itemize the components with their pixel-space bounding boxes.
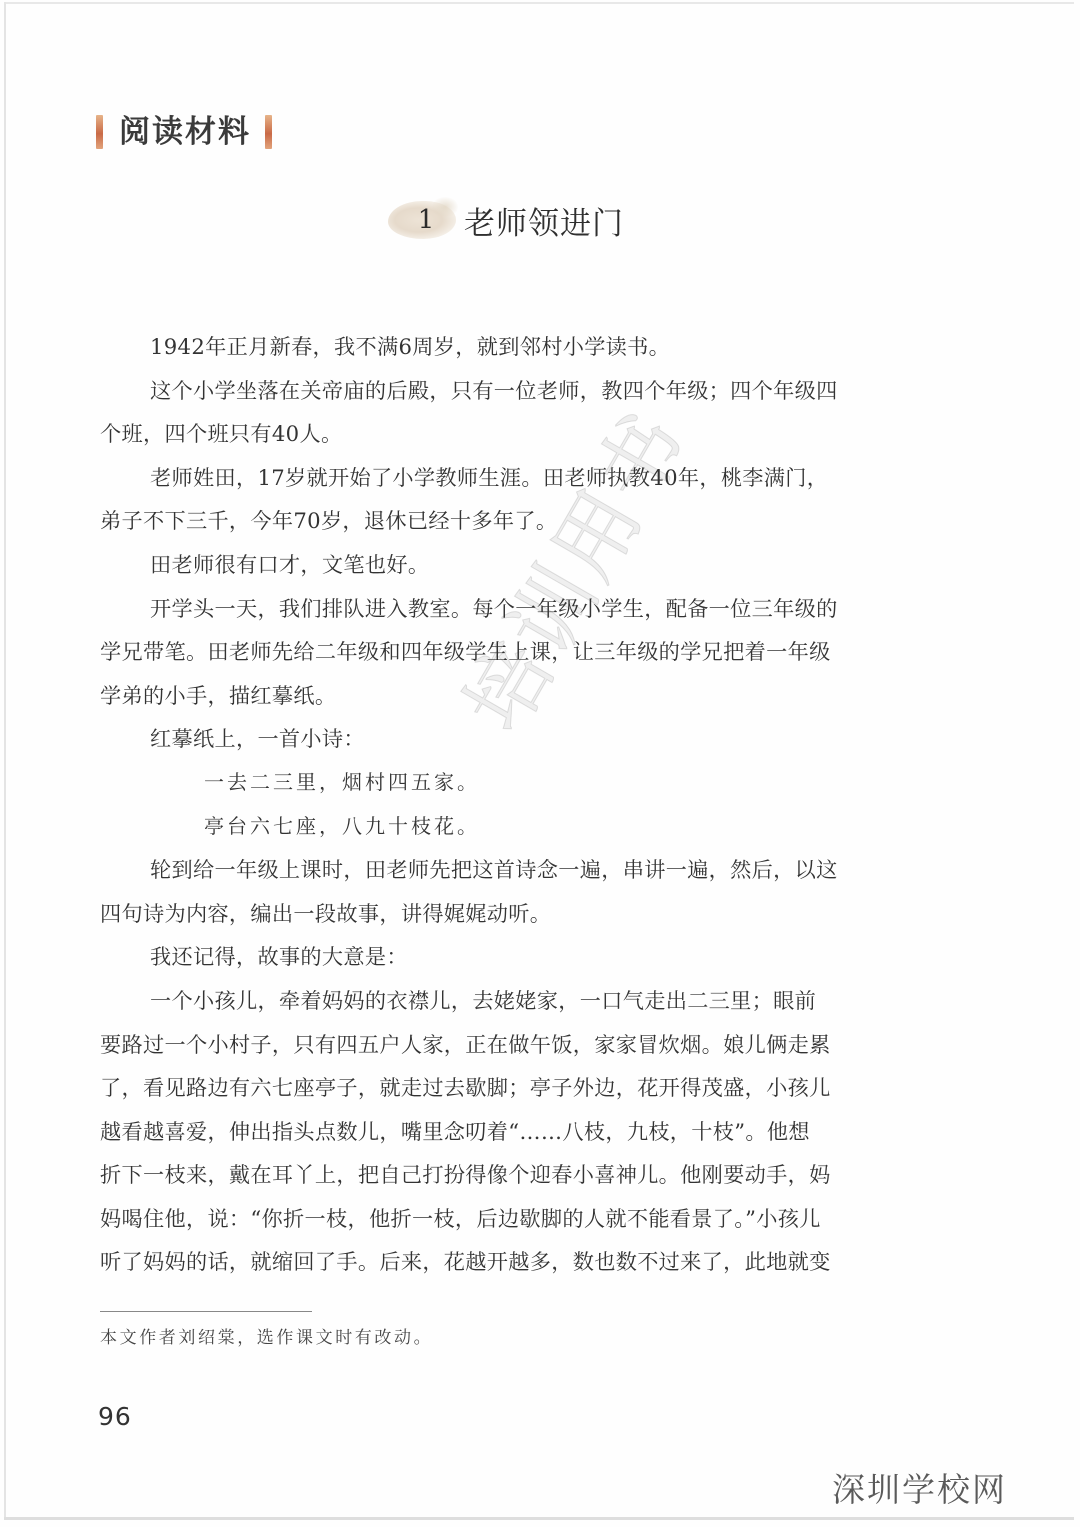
- paragraph-line: 一个小孩儿，牵着妈妈的衣襟儿，去姥姥家，一口气走出二三里；眼前: [100, 979, 950, 1023]
- paragraph-line: 妈喝住他，说：“你折一枝，他折一枝，后边歇脚的人就不能看景了。”小孩儿: [100, 1197, 950, 1241]
- paragraph-line: 四句诗为内容，编出一段故事，讲得娓娓动听。: [100, 892, 950, 936]
- paragraph-line: 这个小学坐落在关帝庙的后殿，只有一位老师，教四个年级；四个年级四: [100, 369, 950, 413]
- section-header: 阅读材料: [96, 112, 272, 152]
- paragraph-line: 开学头一天，我们排队进入教室。每个一年级小学生，配备一位三年级的: [100, 587, 950, 631]
- paragraph-line: 田老师很有口才，文笔也好。: [100, 543, 950, 587]
- paragraph-line: 要路过一个小村子，只有四五户人家，正在做午饭，家家冒炊烟。娘儿俩走累: [100, 1023, 950, 1067]
- paragraph-line: 红摹纸上，一首小诗：: [100, 717, 950, 761]
- site-watermark: 深圳学校网: [832, 1464, 1007, 1511]
- poem-line: 一去二三里，烟村四五家。: [100, 761, 950, 805]
- lesson-name: 老师领进门: [464, 198, 624, 243]
- section-title: 阅读材料: [119, 112, 251, 152]
- paragraph-line: 弟子不下三千，今年70岁，退休已经十多年了。: [100, 499, 950, 543]
- page-edge-top: [4, 2, 1074, 4]
- paragraph-line: 轮到给一年级上课时，田老师先把这首诗念一遍，串讲一遍，然后，以这: [100, 848, 950, 892]
- paragraph-line: 老师姓田，17岁就开始了小学教师生涯。田老师执教40年，桃李满门，: [100, 456, 950, 500]
- header-bar-right-icon: [265, 115, 272, 149]
- page-edge-bottom: [4, 1517, 1074, 1520]
- poem-line: 亭台六七座，八九十枝花。: [100, 805, 950, 849]
- page-edge-left: [4, 2, 6, 1517]
- paragraph-line: 学兄带笔。田老师先给二年级和四年级学生上课，让三年级的学兄把着一年级: [100, 630, 950, 674]
- paragraph-line: 越看越喜爱，伸出指头点数儿，嘴里念叨着“……八枝，九枝，十枝”。他想: [100, 1110, 950, 1154]
- paragraph-line: 听了妈妈的话，就缩回了手。后来，花越开越多，数也数不过来了，此地就变: [100, 1240, 950, 1284]
- paragraph-line: 我还记得，故事的大意是：: [100, 935, 950, 979]
- paragraph-line: 折下一枝来，戴在耳丫上，把自己打扮得像个迎春小喜神儿。他刚要动手，妈: [100, 1153, 950, 1197]
- cloud-ornament-small-icon: [432, 197, 458, 217]
- textbook-page: 阅读材料 1 老师领进门 培训用书 1942年正月新春，我不满6周岁，就到邻村小…: [0, 0, 1080, 1527]
- body-text: 1942年正月新春，我不满6周岁，就到邻村小学读书。 这个小学坐落在关帝庙的后殿…: [100, 325, 950, 1284]
- header-bar-left-icon: [96, 115, 103, 149]
- paragraph-line: 个班，四个班只有40人。: [100, 412, 950, 456]
- paragraph-line: 了，看见路边有六七座亭子，就走过去歇脚；亭子外边，花开得茂盛，小孩儿: [100, 1066, 950, 1110]
- footnote: 本文作者刘绍棠，选作课文时有改动。: [100, 1323, 433, 1348]
- footnote-divider: [100, 1311, 312, 1312]
- lesson-number-badge: 1: [388, 195, 458, 245]
- lesson-number: 1: [418, 205, 435, 235]
- paragraph-line: 1942年正月新春，我不满6周岁，就到邻村小学读书。: [100, 325, 950, 369]
- lesson-title: 1 老师领进门: [388, 192, 624, 248]
- page-number: 96: [98, 1402, 132, 1431]
- paragraph-line: 学弟的小手，描红摹纸。: [100, 674, 950, 718]
